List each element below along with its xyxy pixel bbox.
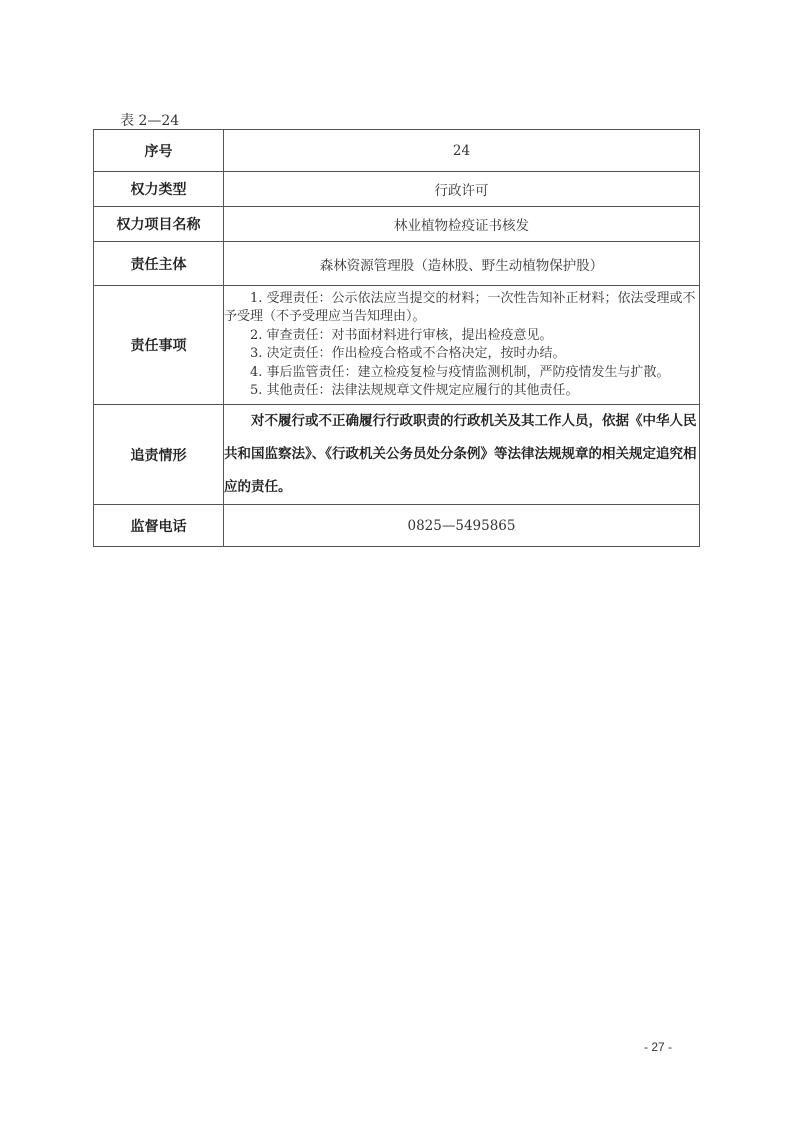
table-row-item-name: 权力项目名称 林业植物检疫证书核发 — [94, 207, 700, 242]
responsible-entity-value: 森林资源管理股（造林股、野生动植物保护股） — [224, 242, 700, 286]
duties-list: 1. 受理责任：公示依法应当提交的材料；一次性告知补正材料；依法受理或不予受理（… — [224, 286, 700, 405]
duty-item: 5. 其他责任：法律法规规章文件规定应履行的其他责任。 — [224, 382, 699, 401]
power-type-value: 行政许可 — [224, 172, 700, 207]
item-name-value: 林业植物检疫证书核发 — [224, 207, 700, 242]
table-row-duties: 责任事项 1. 受理责任：公示依法应当提交的材料；一次性告知补正材料；依法受理或… — [94, 286, 700, 405]
power-responsibility-table: 序号 24 权力类型 行政许可 权力项目名称 林业植物检疫证书核发 责任主体 森… — [93, 129, 700, 547]
phone-label: 监督电话 — [94, 505, 224, 547]
table-caption: 表 2—24 — [120, 110, 179, 130]
phone-value: 0825—5495865 — [224, 505, 700, 547]
table-row-accountability: 追责情形 对不履行或不正确履行行政职责的行政机关及其工作人员，依据《中华人民共和… — [94, 405, 700, 505]
table-row-phone: 监督电话 0825—5495865 — [94, 505, 700, 547]
duty-item: 1. 受理责任：公示依法应当提交的材料；一次性告知补正材料；依法受理或不予受理（… — [224, 290, 699, 327]
page-number: - 27 - — [644, 1040, 672, 1054]
accountability-text: 对不履行或不正确履行行政职责的行政机关及其工作人员，依据《中华人民共和国监察法》… — [224, 405, 699, 504]
accountability-text-cell: 对不履行或不正确履行行政职责的行政机关及其工作人员，依据《中华人民共和国监察法》… — [224, 405, 700, 505]
accountability-label: 追责情形 — [94, 405, 224, 505]
responsible-entity-label: 责任主体 — [94, 242, 224, 286]
item-name-label: 权力项目名称 — [94, 207, 224, 242]
duty-item: 3. 决定责任：作出检疫合格或不合格决定，按时办结。 — [224, 345, 699, 364]
table-row-responsible-entity: 责任主体 森林资源管理股（造林股、野生动植物保护股） — [94, 242, 700, 286]
duty-item: 2. 审查责任：对书面材料进行审核，提出检疫意见。 — [224, 327, 699, 346]
table-row-serial: 序号 24 — [94, 130, 700, 172]
serial-label: 序号 — [94, 130, 224, 172]
serial-value: 24 — [224, 130, 700, 172]
table-row-power-type: 权力类型 行政许可 — [94, 172, 700, 207]
duties-label: 责任事项 — [94, 286, 224, 405]
duty-item: 4. 事后监管责任：建立检疫复检与疫情监测机制，严防疫情发生与扩散。 — [224, 364, 699, 383]
power-type-label: 权力类型 — [94, 172, 224, 207]
